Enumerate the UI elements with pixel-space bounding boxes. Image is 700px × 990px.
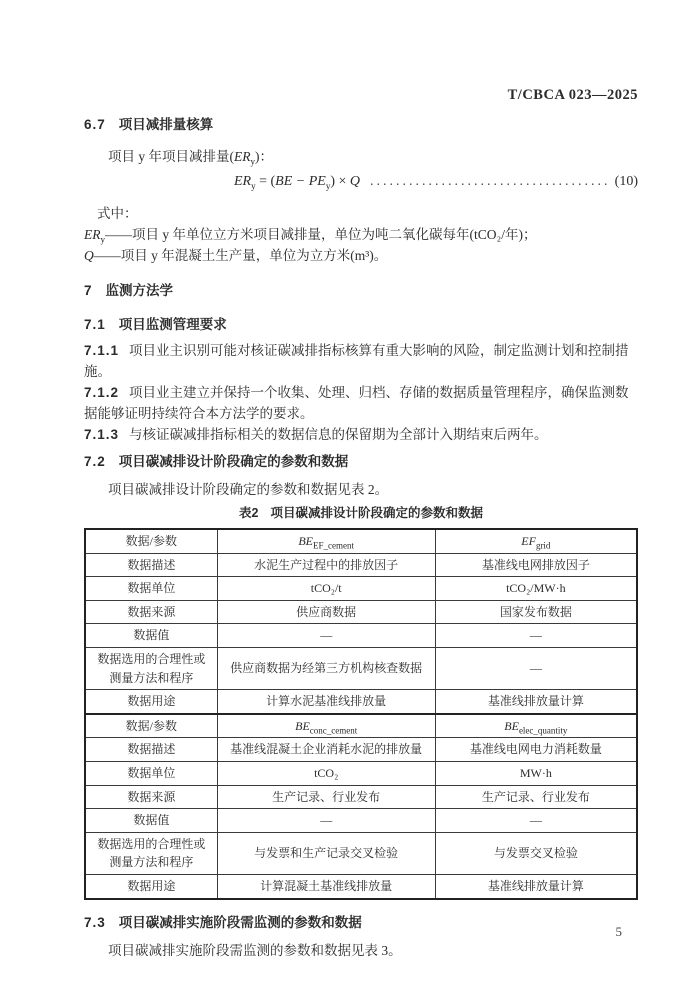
row-label-cell: 数据单位 <box>85 761 217 785</box>
table-row: 数据/参数BEEF_cementEFgrid <box>85 529 637 553</box>
intro-text-suffix: )： <box>255 149 273 164</box>
row-label-cell: 数据/参数 <box>85 529 217 553</box>
def-text: ——项目 y 年混凝土生产量，单位为立方米(m³)。 <box>94 248 388 263</box>
row-label-cell: 数据单位 <box>85 577 217 601</box>
table-row: 数据单位tCO₂MW·h <box>85 761 637 785</box>
clause-7-1-3: 7.1.3与核证碳减排指标相关的数据信息的保留期为全部计入期结束后两年。 <box>84 424 638 445</box>
section-title: 项目减排量核算 <box>119 116 214 134</box>
table-cell: 水泥生产过程中的排放因子 <box>217 553 435 577</box>
clause-7-1-2: 7.1.2项目业主建立并保持一个收集、处理、归档、存储的数据质量管理程序，确保监… <box>84 382 638 424</box>
table-cell: tCO₂ <box>217 761 435 785</box>
table-2: 数据/参数BEEF_cementEFgrid数据描述水泥生产过程中的排放因子基准… <box>84 528 638 900</box>
table-cell: 与发票交叉检验 <box>435 832 637 874</box>
table-row: 数据值—— <box>85 809 637 833</box>
def-text: ——项目 y 年单位立方米项目减排量，单位为吨二氧化碳每年(tCO₂/年)； <box>105 227 536 242</box>
clause-number: 7.1.1 <box>84 343 119 358</box>
row-label-cell: 数据描述 <box>85 553 217 577</box>
document-page: T/CBCA 023—2025 6.7 项目减排量核算 项目 y 年项目减排量(… <box>0 0 700 990</box>
table-cell: 基准线混凝土企业消耗水泥的排放量 <box>217 738 435 762</box>
param-symbol: BE <box>504 719 519 733</box>
row-label-cell: 数据值 <box>85 624 217 648</box>
table-row: 数据来源生产记录、行业发布生产记录、行业发布 <box>85 785 637 809</box>
section-7-heading: 7 监测方法学 <box>84 282 638 300</box>
section-7-3-heading: 7.3 项目碳减排实施阶段需监测的参数和数据 <box>84 914 638 932</box>
section-7-2-paragraph: 项目碳减排设计阶段确定的参数和数据见表 2。 <box>84 479 638 500</box>
table-cell: 计算水泥基准线排放量 <box>217 690 435 714</box>
section-7-1-heading: 7.1 项目监测管理要求 <box>84 316 638 334</box>
param-symbol-sub: EF_cement <box>313 540 354 550</box>
section-7-3-paragraph: 项目碳减排实施阶段需监测的参数和数据见表 3。 <box>84 940 638 961</box>
clause-list: 7.1.1项目业主识别可能对核证碳减排指标核算有重大影响的风险，制定监测计划和控… <box>84 340 638 445</box>
table-row: 数据描述水泥生产过程中的排放因子基准线电网排放因子 <box>85 553 637 577</box>
table-cell: MW·h <box>435 761 637 785</box>
row-label-cell: 数据/参数 <box>85 714 217 738</box>
where-label: 式中： <box>84 203 638 224</box>
section-title: 项目监测管理要求 <box>119 316 227 334</box>
param-symbol: BE <box>295 719 310 733</box>
table-cell: 国家发布数据 <box>435 600 637 624</box>
table-cell: 基准线电网电力消耗数量 <box>435 738 637 762</box>
section-7-2-heading: 7.2 项目碳减排设计阶段确定的参数和数据 <box>84 453 638 471</box>
table2-body: 数据/参数BEEF_cementEFgrid数据描述水泥生产过程中的排放因子基准… <box>85 529 637 899</box>
table-cell: 基准线电网排放因子 <box>435 553 637 577</box>
definition-q: Q——项目 y 年混凝土生产量，单位为立方米(m³)。 <box>84 245 638 266</box>
table-cell: — <box>217 809 435 833</box>
table-row: 数据描述基准线混凝土企业消耗水泥的排放量基准线电网电力消耗数量 <box>85 738 637 762</box>
table-cell: — <box>435 624 637 648</box>
section-number: 6.7 <box>84 116 106 134</box>
table-cell: 供应商数据为经第三方机构核查数据 <box>217 647 435 689</box>
row-label-cell: 数据来源 <box>85 785 217 809</box>
table-row: 数据用途计算混凝土基准线排放量基准线排放量计算 <box>85 874 637 898</box>
table-caption-title: 项目碳减排设计阶段确定的参数和数据 <box>270 506 483 520</box>
eq-q: Q <box>350 174 360 189</box>
doc-code: T/CBCA 023—2025 <box>84 86 638 104</box>
table-row: 数据选用的合理性或测量方法和程序与发票和生产记录交叉检验与发票交叉检验 <box>85 832 637 874</box>
equation-number: (10) <box>615 171 638 193</box>
table-cell: 供应商数据 <box>217 600 435 624</box>
table-row: 数据/参数BEconc_cementBEelec_quantity <box>85 714 637 738</box>
table-cell: 计算混凝土基准线排放量 <box>217 874 435 898</box>
table-row: 数据来源供应商数据国家发布数据 <box>85 600 637 624</box>
section-number: 7.3 <box>84 914 106 932</box>
intro-line: 项目 y 年项目减排量(ERy)： <box>84 146 638 167</box>
table-cell: 基准线排放量计算 <box>435 690 637 714</box>
param-symbol-sub: conc_cement <box>310 725 357 735</box>
table-cell: — <box>217 624 435 648</box>
table-cell: 生产记录、行业发布 <box>217 785 435 809</box>
table-cell: tCO₂/MW·h <box>435 577 637 601</box>
eq-mid: BE − PE <box>275 174 326 189</box>
row-label-cell: 数据描述 <box>85 738 217 762</box>
section-title: 项目碳减排设计阶段确定的参数和数据 <box>119 453 349 471</box>
table-row: 数据值—— <box>85 624 637 648</box>
table-cell: 基准线排放量计算 <box>435 874 637 898</box>
clause-number: 7.1.2 <box>84 385 119 400</box>
row-label-cell: 数据用途 <box>85 690 217 714</box>
row-label-cell: 数据选用的合理性或测量方法和程序 <box>85 647 217 689</box>
equation-10: ERy = (BE − PEy) × Q ...................… <box>84 171 638 195</box>
eq-equals: = ( <box>256 174 276 189</box>
equation-body: ERy = (BE − PEy) × Q <box>234 171 360 193</box>
table-cell: 与发票和生产记录交叉检验 <box>217 832 435 874</box>
table-cell: tCO₂/t <box>217 577 435 601</box>
clause-text: 项目业主识别可能对核证碳减排指标核算有重大影响的风险，制定监测计划和控制措施。 <box>84 343 629 379</box>
row-label-cell: 数据选用的合理性或测量方法和程序 <box>85 832 217 874</box>
section-6-7-heading: 6.7 项目减排量核算 <box>84 116 638 134</box>
section-number: 7 <box>84 282 93 300</box>
section-number: 7.2 <box>84 453 106 471</box>
clause-text: 项目业主建立并保持一个收集、处理、归档、存储的数据质量管理程序，确保监测数据能够… <box>84 385 629 421</box>
table-row: 数据单位tCO₂/ttCO₂/MW·h <box>85 577 637 601</box>
def-var: Q <box>84 248 94 263</box>
definition-ery: ERy——项目 y 年单位立方米项目减排量，单位为吨二氧化碳每年(tCO₂/年)… <box>84 224 638 245</box>
table-row: 数据选用的合理性或测量方法和程序供应商数据为经第三方机构核查数据— <box>85 647 637 689</box>
table-cell: BEelec_quantity <box>435 714 637 738</box>
table-caption-label: 表2 <box>239 506 258 520</box>
param-symbol: EF <box>521 534 536 548</box>
param-symbol: BE <box>298 534 313 548</box>
table-cell: — <box>435 647 637 689</box>
clause-text: 与核证碳减排指标相关的数据信息的保留期为全部计入期结束后两年。 <box>129 427 548 442</box>
clause-number: 7.1.3 <box>84 427 119 442</box>
param-symbol-sub: grid <box>536 540 551 550</box>
section-number: 7.1 <box>84 316 106 334</box>
dot-leader: ........................................… <box>370 171 609 193</box>
table-cell: BEEF_cement <box>217 529 435 553</box>
eq-lhs: ER <box>234 174 251 189</box>
table-cell: 生产记录、行业发布 <box>435 785 637 809</box>
param-symbol-sub: elec_quantity <box>519 725 567 735</box>
section-title: 监测方法学 <box>106 282 174 300</box>
table-row: 数据用途计算水泥基准线排放量基准线排放量计算 <box>85 690 637 714</box>
table-2-caption: 表2项目碳减排设计阶段确定的参数和数据 <box>84 504 638 522</box>
row-label-cell: 数据值 <box>85 809 217 833</box>
var-er: ER <box>234 149 251 164</box>
table-cell: — <box>435 809 637 833</box>
intro-text: 项目 y 年项目减排量( <box>108 149 234 164</box>
table-cell: BEconc_cement <box>217 714 435 738</box>
row-label-cell: 数据用途 <box>85 874 217 898</box>
clause-7-1-1: 7.1.1项目业主识别可能对核证碳减排指标核算有重大影响的风险，制定监测计划和控… <box>84 340 638 382</box>
section-title: 项目碳减排实施阶段需监测的参数和数据 <box>119 914 362 932</box>
table-cell: EFgrid <box>435 529 637 553</box>
def-var: ER <box>84 227 101 242</box>
eq-close: ) × <box>330 174 350 189</box>
page-number: 5 <box>616 922 623 942</box>
row-label-cell: 数据来源 <box>85 600 217 624</box>
